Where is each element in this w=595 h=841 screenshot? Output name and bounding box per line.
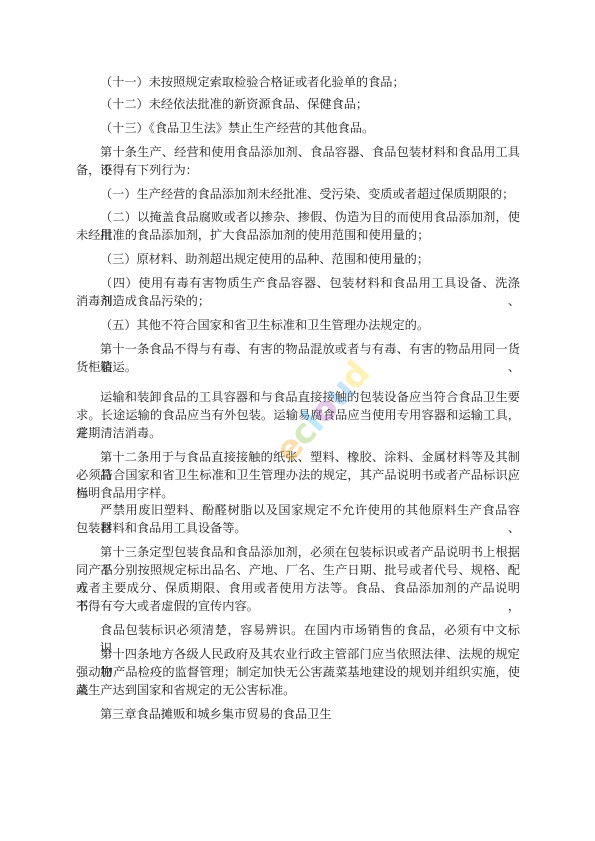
document-page: （十一）未按照规定索取检验合格证或者化验单的食品；（十二）未经依法批准的新资源食… (0, 0, 595, 841)
text-line: 菜生产达到国家和省规定的无公害标准。 (76, 681, 520, 699)
text-line: 必须符合国家和省卫生标准和卫生管理办法的规定，其产品说明书或者产品标识应当 (76, 466, 520, 484)
text-line: 货柜装运。 (76, 358, 520, 376)
text-line: 标明食品用字样。 (76, 484, 520, 502)
text-line: （十二）未经依法批准的新资源食品、保健食品； (100, 95, 520, 113)
text-line: 包装材料和食品用工具设备等。 (76, 519, 520, 537)
text-line: （五）其他不符合国家和省卫生标准和卫生管理办法规定的。 (100, 316, 520, 334)
text-line: （四）使用有毒有害物质生产食品容器、包装材料和食品用工具设备、洗涤剂、 (100, 274, 520, 292)
text-line: 食品包装标识必须清楚，容易辨识。在国内市场销售的食品，必须有中文标识。 (100, 621, 520, 639)
text-line: 或者主要成分、保质期限、食用或者使用方法等。食品、食品添加剂的产品说明书， (76, 579, 520, 597)
text-line: （二）以掩盖食品腐败或者以掺杂、掺假、伪造为目的而使用食品添加剂，使用 (100, 208, 520, 226)
text-line: 第十二条用于与食品直接接触的纸张、塑料、橡胶、涂料、金属材料等及其制品， (100, 448, 520, 466)
text-line: 第十条生产、经营和使用食品添加剂、食品容器、食品包装材料和食品用工具设 (100, 143, 520, 161)
text-line: 第三章食品摊贩和城乡集市贸易的食品卫生 (100, 705, 520, 723)
text-line: （十三）《食品卫生法》禁止生产经营的其他食品。 (100, 119, 520, 137)
text-line: 第十四条地方各级人民政府及其农业行政主管部门应当依照法律、法规的规定加 (100, 645, 520, 663)
text-line: 运输和装卸食品的工具容器和与食品直接接触的包装设备应当符合食品卫生要 (100, 388, 520, 406)
text-line: 定期清洁消毒。 (76, 424, 520, 442)
text-line: 求。长途运输的食品应当有外包装。运输易腐食品应当使用专用容器和运输工具，并 (76, 406, 520, 424)
text-line: 不得有夸大或者虚假的宣传内容。 (76, 597, 520, 615)
text-line: 强动物产品检疫的监督管理；制定加快无公害蔬菜基地建设的规划并组织实施，使蔬 (76, 663, 520, 681)
text-line: 第十三条定型包装食品和食品添加剂，必须在包装标识或者产品说明书上根据不 (100, 543, 520, 561)
text-line: （一）生产经营的食品添加剂未经批准、受污染、变质或者超过保质期限的； (100, 185, 520, 203)
text-line: 同产品分别按照规定标出品名、产地、厂名、生产日期、批号或者代号、规格、配方 (76, 561, 520, 579)
text-line: 备，不得有下列行为： (76, 161, 520, 179)
text-line: 消毒剂造成食品污染的； (76, 292, 520, 310)
text-line: （十一）未按照规定索取检验合格证或者化验单的食品； (100, 73, 520, 91)
text-line: 严禁用废旧塑料、酚醛树脂以及国家规定不允许使用的其他原料生产食品容器、 (100, 501, 520, 519)
text-line: 未经批准的食品添加剂，扩大食品添加剂的使用范围和使用量的； (76, 226, 520, 244)
text-line: 第十一条食品不得与有毒、有害的物品混放或者与有毒、有害的物品用同一货箱、 (100, 340, 520, 358)
text-line: （三）原材料、助剂超出规定使用的品种、范围和使用量的； (100, 250, 520, 268)
